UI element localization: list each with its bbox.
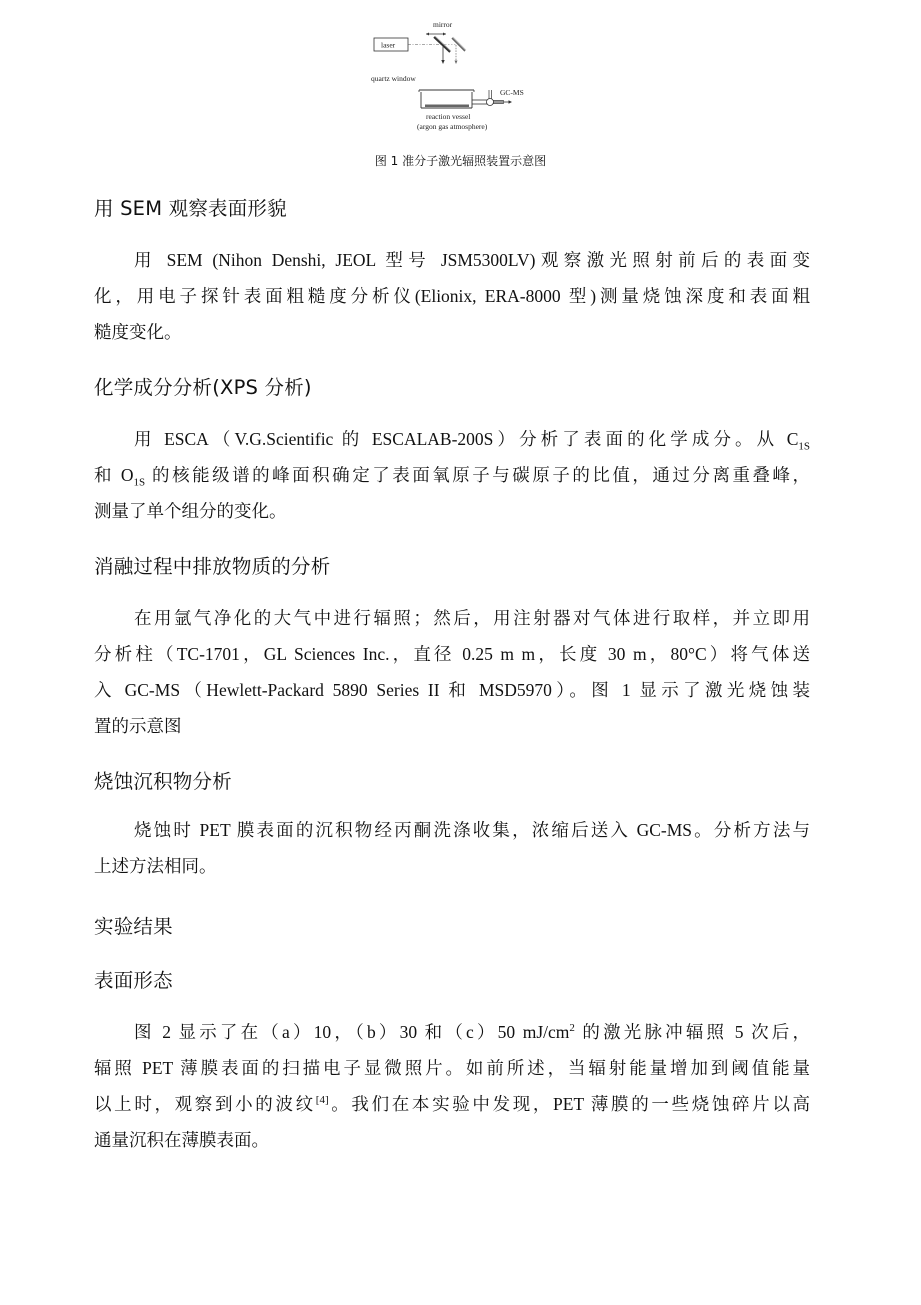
text-line: 烧蚀时 PET 膜表面的沉积物经丙酮洗涤收集，浓缩后送入 GC-MS。分析方法与	[94, 812, 810, 848]
text-segment: 的核能级谱的峰面积确定了表面氧原子与碳原子的比值，通过分离重叠峰，	[145, 465, 810, 485]
gc-ms-label: GC-MS	[500, 88, 524, 97]
text-segment: 和 O	[94, 465, 134, 485]
subscript: 1S	[798, 441, 810, 453]
paragraph-sem-observation: 用 SEM (Nihon Denshi, JEOL 型号 JSM5300LV)观…	[94, 242, 810, 350]
laser-label: laser	[381, 41, 396, 50]
heading-xps-analysis: 化学成分分析(XPS 分析)	[94, 372, 312, 400]
heading-sem-observation: 用 SEM 观察表面形貌	[94, 193, 287, 221]
paragraph-emission-analysis: 在用氩气净化的大气中进行辐照；然后，用注射器对气体进行取样，并立即用 分析柱（T…	[94, 600, 810, 744]
reaction-vessel-label: reaction vessel	[426, 112, 470, 121]
text-line: 入 GC-MS（Hewlett-Packard 5890 Series II 和…	[94, 672, 810, 708]
text-line: 和 O1S 的核能级谱的峰面积确定了表面氧原子与碳原子的比值，通过分离重叠峰，	[94, 457, 810, 493]
text-line: 置的示意图	[94, 708, 810, 744]
heading-emission-analysis: 消融过程中排放物质的分析	[94, 551, 330, 579]
text-line: 测量了单个组分的变化。	[94, 493, 810, 529]
text-line: 以上时，观察到小的波纹[4]。我们在本实验中发现，PET 薄膜的一些烧蚀碎片以高	[94, 1086, 810, 1122]
figure-1-caption: 图 1 准分子激光辐照装置示意图	[0, 152, 921, 169]
atmosphere-label: (argon gas atmosphere)	[417, 122, 488, 131]
text-line: 化，用电子探针表面粗糙度分析仪(Elionix, ERA-8000 型)测量烧蚀…	[94, 278, 810, 314]
text-line: 通量沉积在薄膜表面。	[94, 1122, 810, 1158]
citation-superscript: [4]	[316, 1094, 329, 1106]
text-segment: 以上时，观察到小的波纹	[94, 1094, 316, 1114]
figure-1-diagram: mirror laser quartz window	[370, 18, 550, 136]
paragraph-surface-morphology: 图 2 显示了在（a）10，（b）30 和（c）50 mJ/cm2 的激光脉冲辐…	[94, 1014, 810, 1158]
text-segment: 图 2 显示了在（a）10，（b）30 和（c）50 mJ/cm	[134, 1022, 569, 1042]
text-line: 用 ESCA（V.G.Scientific 的 ESCALAB-200S）分析了…	[94, 421, 810, 457]
text-line: 辐照 PET 薄膜表面的扫描电子显微照片。如前所述，当辐射能量增加到阈值能量	[94, 1050, 810, 1086]
mirror-label: mirror	[433, 20, 453, 29]
text-line: 在用氩气净化的大气中进行辐照；然后，用注射器对气体进行取样，并立即用	[94, 600, 810, 636]
text-line: 图 2 显示了在（a）10，（b）30 和（c）50 mJ/cm2 的激光脉冲辐…	[94, 1014, 810, 1050]
text-segment: 用 ESCA（V.G.Scientific 的 ESCALAB-200S）分析了…	[134, 429, 798, 449]
document-page: mirror laser quartz window	[0, 0, 921, 1305]
subscript: 1S	[134, 477, 146, 489]
quartz-window-label: quartz window	[371, 74, 416, 83]
text-segment: 的激光脉冲辐照 5 次后，	[575, 1022, 810, 1042]
text-line: 上述方法相同。	[94, 848, 810, 884]
text-segment: 。我们在本实验中发现，PET 薄膜的一些烧蚀碎片以高	[329, 1094, 810, 1114]
paragraph-xps-analysis: 用 ESCA（V.G.Scientific 的 ESCALAB-200S）分析了…	[94, 421, 810, 529]
heading-experimental-results: 实验结果	[94, 911, 173, 939]
text-line: 用 SEM (Nihon Denshi, JEOL 型号 JSM5300LV)观…	[94, 242, 810, 278]
text-line: 糙度变化。	[94, 314, 810, 350]
paragraph-deposit-analysis: 烧蚀时 PET 膜表面的沉积物经丙酮洗涤收集，浓缩后送入 GC-MS。分析方法与…	[94, 812, 810, 884]
heading-deposit-analysis: 烧蚀沉积物分析	[94, 766, 232, 794]
text-line: 分析柱（TC-1701，GL Sciences Inc.，直径 0.25 m m…	[94, 636, 810, 672]
heading-surface-morphology: 表面形态	[94, 965, 173, 993]
